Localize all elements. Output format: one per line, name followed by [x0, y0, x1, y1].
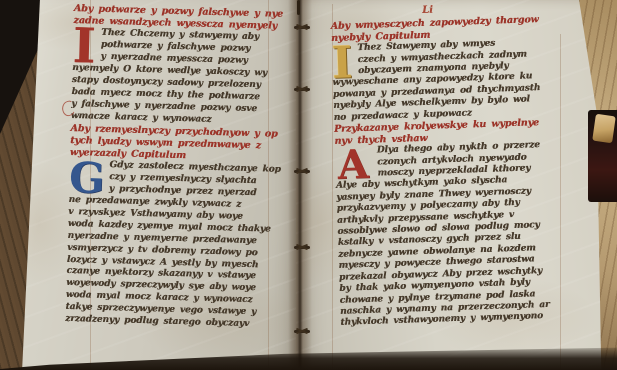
chapter-paragraph: IThez Chczemy y stawyemy abypothwarze y … [71, 27, 306, 129]
binding-stitch [294, 330, 310, 333]
left-page-text: Aby potwarze y pozwy falschywe y nyezadn… [65, 3, 306, 332]
right-page-blocks: Aby wmyesczyech zapowyedzy thargownyebyl… [330, 13, 596, 330]
folio-number: Li [422, 5, 433, 16]
binding-thread-top [297, 0, 300, 15]
chapter-paragraph: GGdyz zastolecz myesthczanye kopczy y rz… [65, 159, 302, 332]
binding-stitch [294, 170, 310, 173]
illuminated-initial-a: A [335, 146, 372, 181]
book-page-edges [592, 114, 616, 144]
manuscript-photo: Aby potwarze y pozwy falschywe y nyezadn… [0, 0, 617, 370]
closed-book-at-right [588, 110, 617, 202]
binding-stitch [294, 88, 310, 91]
binding-stitch [294, 26, 310, 29]
illuminated-initial-g: G [69, 159, 104, 195]
chapter-paragraph: IThez Stawyemy aby wmyesczech y wmyasthe… [331, 36, 590, 124]
right-page-text: Li Aby wmyesczyech zapowyedzy thargownye… [330, 0, 597, 330]
illuminated-initial-i: I [331, 44, 352, 79]
illuminated-initial-i: I [72, 25, 95, 61]
left-page-blocks: Aby potwarze y pozwy falschywe y nyezadn… [65, 3, 306, 332]
chapter-paragraph: ADlya thego aby nykth o przerzeczonych a… [335, 139, 597, 330]
chapter-rubric: Aby rzemyeslnyczy przychodnyow y optych … [70, 123, 303, 166]
binding-stitch [294, 246, 310, 249]
